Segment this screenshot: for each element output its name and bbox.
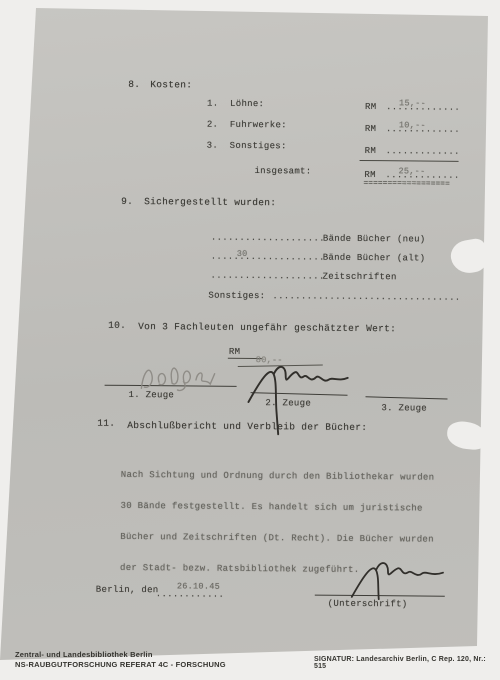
dotted-line: ....................: [211, 233, 325, 244]
library-department: NS-RAUBGUTFORSCHUNG REFERAT 4C - FORSCHU…: [15, 660, 226, 670]
cost-label-sonstiges: Sonstiges:: [230, 141, 287, 151]
main-signature: [348, 557, 450, 602]
cost-value-fuhrwerke: 10,--: [399, 120, 426, 130]
category-label-baende-neu: Bände Bücher (neu): [323, 234, 426, 245]
section9-row-zeitschriften: .................... Zeitschriften: [3, 0, 500, 2]
section8-title: Kosten:: [150, 79, 192, 90]
total-value: 25,--: [398, 166, 425, 176]
date-value: 26.10.45: [177, 581, 220, 591]
currency-label: RM: [365, 102, 376, 112]
row-number: 3.: [207, 141, 218, 151]
sonstiges-label: Sonstiges:: [208, 291, 265, 301]
section9-title: Sichergestellt wurden:: [144, 196, 276, 208]
category-label-zeitschriften: Zeitschriften: [323, 272, 397, 283]
row-number: 1.: [207, 99, 218, 109]
archive-signature-ref: SIGNATUR: Landesarchiv Berlin, C Rep. 12…: [314, 656, 500, 670]
section8-total-row: insgesamt: RM ............. 25,-- ======…: [3, 0, 500, 2]
dotted-line: .................................: [272, 291, 460, 303]
dotted-line: ....................: [211, 271, 325, 282]
double-underline: ==================: [363, 179, 449, 189]
currency-label: RM: [365, 124, 376, 134]
library-footer: Zentral- und Landesbibliothek Berlin NS-…: [15, 650, 226, 670]
witness3-label: 3. Zeuge: [381, 403, 427, 413]
total-label: insgesamt:: [254, 166, 311, 176]
currency-label: RM: [229, 347, 240, 357]
scanned-document-viewer: 8. Kosten: 1. Löhne: RM ............. 15…: [0, 0, 500, 680]
section10-title: Von 3 Fachleuten ungefähr geschätzter We…: [138, 321, 396, 334]
section8-number: 8.: [128, 79, 140, 90]
cost-label-loehne: Löhne:: [230, 99, 264, 109]
section9-number: 9.: [121, 196, 133, 207]
section8-row-3: 3. Sonstiges: RM .............: [3, 0, 500, 2]
section10-number: 10.: [108, 320, 126, 331]
sum-rule: [360, 160, 459, 162]
witness1-signature: [134, 359, 240, 392]
dotted-line: .............: [386, 146, 460, 157]
section11-number: 11.: [97, 418, 115, 429]
category-label-baende-alt: Bände Bücher (alt): [323, 253, 426, 264]
library-name: Zentral- und Landesbibliothek Berlin: [15, 650, 226, 660]
witness1-label: 1. Zeuge: [128, 390, 174, 400]
place-date-label: Berlin, den: [96, 585, 159, 596]
section9-row-sonstiges: Sonstiges: .............................…: [3, 0, 500, 2]
report-line-2: 30 Bände festgestellt. Es handelt sich u…: [120, 501, 434, 515]
section11-title: Abschlußbericht und Verbleib der Bücher:: [127, 420, 367, 433]
typewritten-layer: 8. Kosten: 1. Löhne: RM ............. 15…: [0, 0, 500, 680]
report-line-1: Nach Sichtung und Ordnung durch den Bibl…: [121, 470, 435, 484]
count-baende-alt: 30: [237, 249, 248, 259]
witness3-line: [366, 396, 448, 399]
section8-row-1: 1. Löhne: RM ............. 15,--: [3, 0, 500, 2]
dotted-line: ....................: [211, 252, 325, 263]
section8-row-2: 2. Fuhrwerke: RM ............. 10,--: [3, 0, 500, 2]
report-line-3: Bücher und Zeitschriften (Dt. Recht). Di…: [120, 532, 434, 546]
section9-row-neu: .................... Bände Bücher (neu): [3, 0, 500, 2]
cost-value-loehne: 15,--: [399, 98, 426, 108]
row-number: 2.: [207, 120, 218, 130]
currency-label: RM: [365, 146, 376, 156]
cost-label-fuhrwerke: Fuhrwerke:: [230, 120, 287, 130]
section9-row-alt: .................... 30 Bände Bücher (al…: [3, 0, 500, 2]
